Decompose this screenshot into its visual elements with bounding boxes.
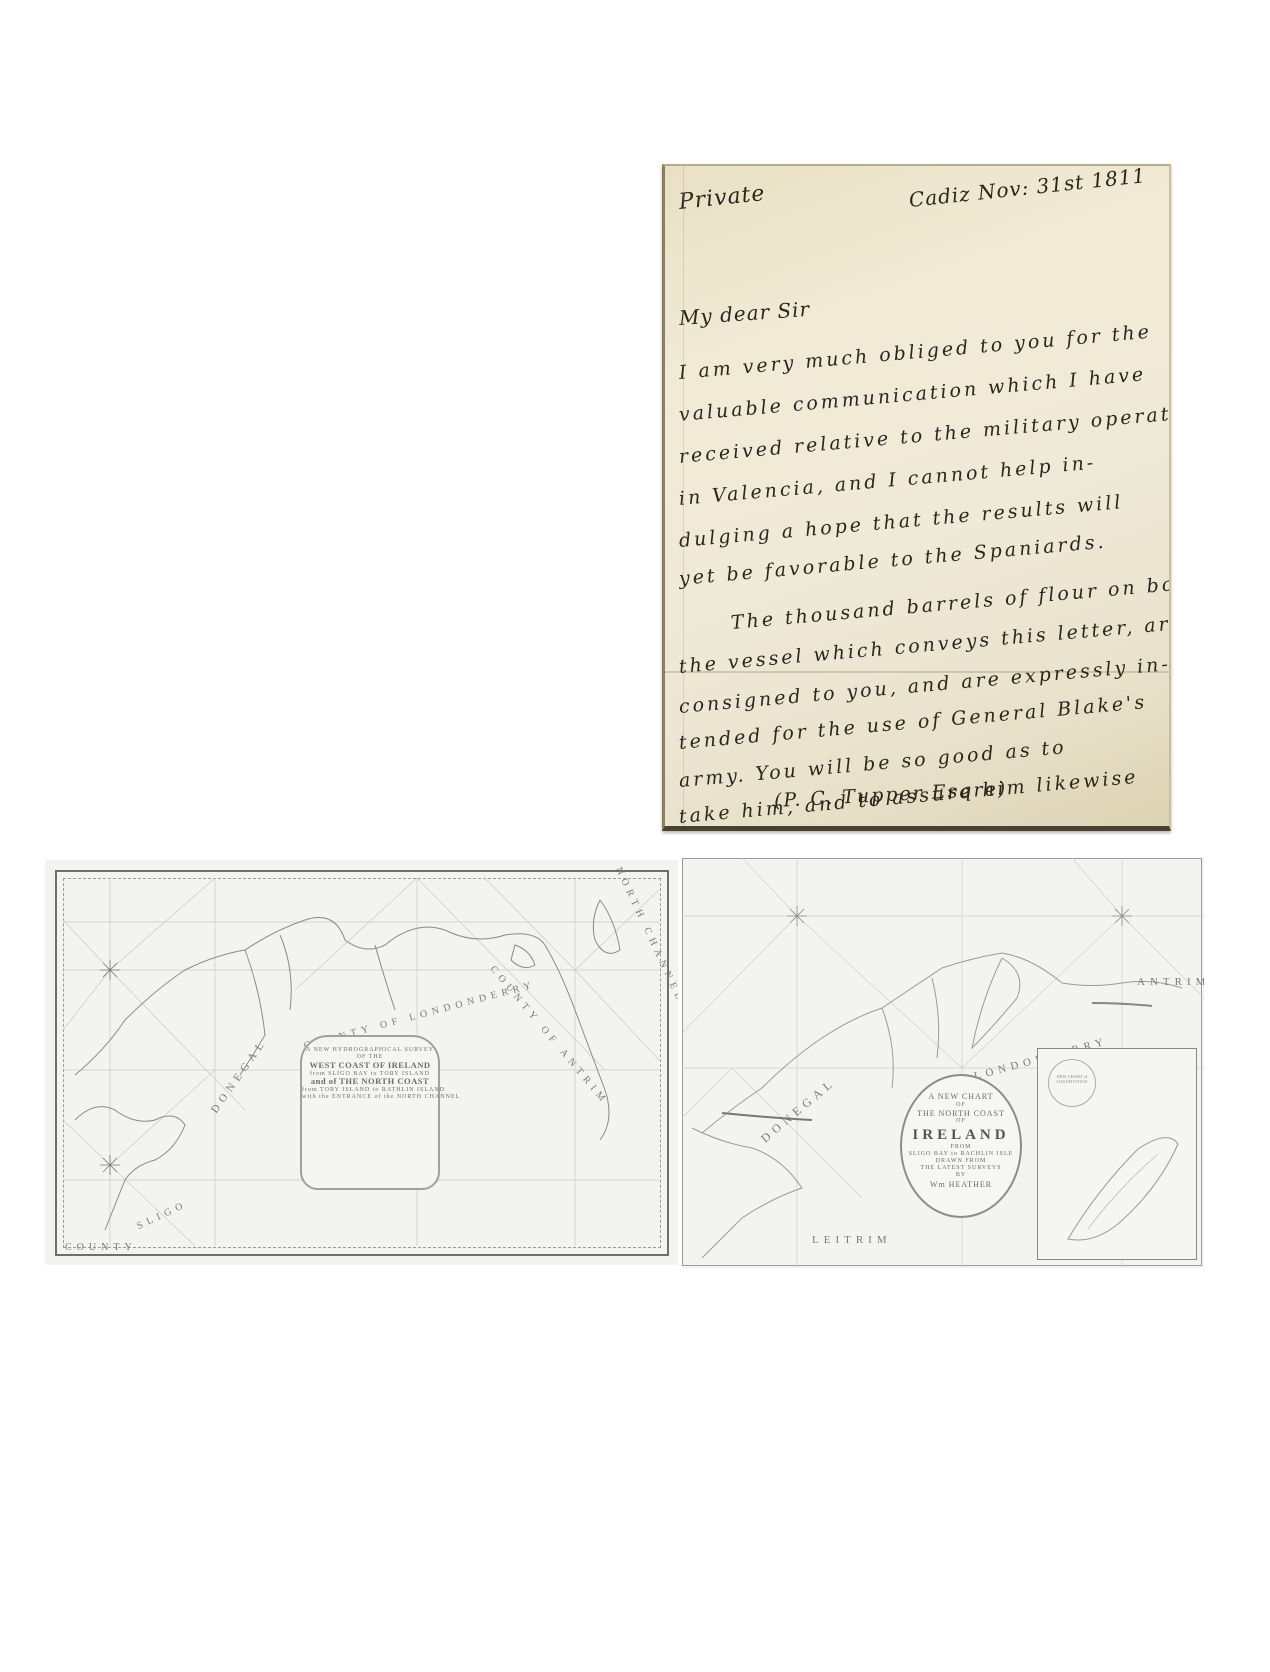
handwritten-letter-image: Private Cadiz Nov: 31st 1811 My dear Sir… bbox=[662, 164, 1171, 831]
letter-private-mark: Private bbox=[678, 181, 767, 215]
medallion-line: DRAWN FROM bbox=[902, 1158, 1020, 1165]
cartouche-line: and of THE NORTH COAST bbox=[302, 1077, 438, 1087]
medallion-line: Wm HEATHER bbox=[902, 1180, 1020, 1190]
inset-lough-icon bbox=[1038, 1049, 1196, 1259]
map-label-leitrim: Leitrim bbox=[812, 1234, 892, 1246]
medallion-line: FROM bbox=[902, 1144, 1020, 1151]
medallion-line: THE NORTH COAST bbox=[902, 1109, 1020, 1119]
letter-place-date: Cadiz Nov: 31st 1811 bbox=[908, 164, 1147, 212]
map-west-north-coast-ireland: County of Londonderry County of Antrim N… bbox=[45, 860, 678, 1265]
map-north-coast-ireland: Donegal Londonderry Antrim Leitrim A NEW… bbox=[682, 858, 1204, 1268]
medallion-line: A NEW CHART bbox=[902, 1092, 1020, 1102]
map-label-county: County bbox=[65, 1242, 137, 1253]
medallion-line: THE LATEST SURVEYS bbox=[902, 1165, 1020, 1172]
medallion-line: BY bbox=[902, 1172, 1020, 1179]
cartouche-line: WEST COAST OF IRELAND bbox=[302, 1061, 438, 1071]
map-inset-lough-foyle: NEW CHART of LOUGH FOYLE bbox=[1037, 1048, 1197, 1260]
cartouche-line: with the ENTRANCE of the NORTH CHANNEL bbox=[302, 1094, 438, 1101]
medallion-line: OF bbox=[902, 1118, 1020, 1125]
medallion-line: OF bbox=[902, 1102, 1020, 1109]
map-title-cartouche: A NEW HYDROGRAPHICAL SURVEY OF THE WEST … bbox=[300, 1035, 440, 1190]
letter-salutation: My dear Sir bbox=[678, 297, 811, 330]
map-label-antrim: Antrim bbox=[1137, 976, 1204, 988]
map-title-medallion: A NEW CHART OF THE NORTH COAST OF IRELAN… bbox=[900, 1074, 1022, 1218]
medallion-line: SLIGO BAY to RACHLIN ISLE bbox=[902, 1151, 1020, 1158]
medallion-line: IRELAND bbox=[902, 1126, 1020, 1144]
cartouche-line: A NEW HYDROGRAPHICAL SURVEY bbox=[302, 1047, 438, 1054]
